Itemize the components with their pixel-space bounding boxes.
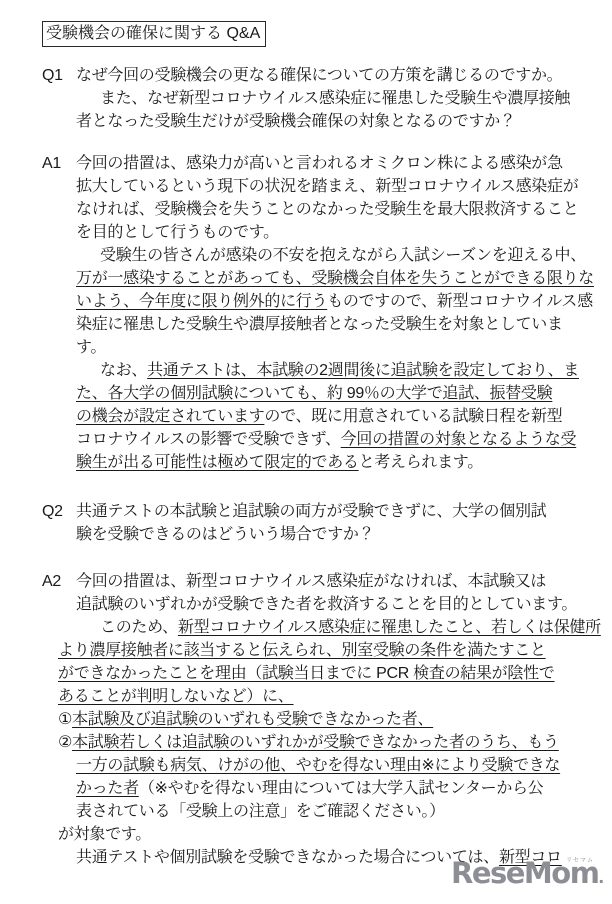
- qa-text-underlined: 本試験及び追試験のいずれも受験できなかった者、: [72, 711, 433, 728]
- qa-text: 受験生の皆さんが感染の不安を抱えながら入試シーズンを迎える中、: [100, 247, 586, 264]
- qa-section-q1: Q1なぜ今回の受験機会の更なる確保についての方策を講じるのですか。また、なぜ新型…: [42, 64, 584, 133]
- qa-text-underlined: あることが判明しないなど）に、: [58, 688, 294, 705]
- qa-text: コロナウイルスの影響で受験できず、: [76, 431, 341, 448]
- qa-text: ものですので、新型コロナウイルス感: [327, 293, 593, 310]
- qa-text-underlined: いよう、今年度に限り例外的に行う: [76, 293, 327, 310]
- qa-line: A1今回の措置は、感染力が高いと言われるオミクロン株による感染が急: [42, 152, 584, 175]
- qa-text: 追試験のいずれかが受験できた者を救済することを目的としています。: [76, 596, 577, 613]
- qa-text: 表されている「受験上の注意」をご確認ください。）: [76, 803, 445, 820]
- qa-text-underlined: 本試験若しくは追試験のいずれかが受験できなかった者のうち、もう: [72, 734, 559, 751]
- qa-section-a2: A2今回の措置は、新型コロナウイルス感染症がなければ、本試験又は追試験のいずれか…: [42, 570, 584, 869]
- qa-text: 今回の措置は、感染力が高いと言われるオミクロン株による感染が急: [76, 152, 563, 175]
- qa-text-underlined: かった者: [76, 780, 139, 797]
- qa-text: 今回の措置は、新型コロナウイルス感染症がなければ、本試験又は: [76, 570, 546, 593]
- resemom-logo-period: .: [598, 866, 604, 888]
- qa-text-underlined: の機会が設定されています: [76, 408, 264, 425]
- qa-text: 験を受験できるのはどういう場合ですか？: [76, 526, 374, 543]
- qa-line: また、なぜ新型コロナウイルス感染症に罹患した受験生や濃厚接触: [42, 87, 584, 110]
- qa-text: す。: [76, 339, 106, 356]
- qa-section-q2: Q2共通テストの本試験と追試験の両方が受験できずに、大学の個別試験を受験できるの…: [42, 500, 584, 546]
- qa-line: なければ、受験機会を失うことのなかった受験生を最大限救済すること: [42, 198, 584, 221]
- qa-text: と考えられます。: [359, 454, 483, 471]
- qa-text-underlined: ができなかったことを理由（試験当日までに PCR 検査の結果が陰性で: [58, 665, 554, 682]
- document-title: 受験機会の確保に関する Q&A: [42, 21, 266, 47]
- resemom-logo-inner: リセマムReseMom.: [451, 856, 604, 890]
- qa-line: 表されている「受験上の注意」をご確認ください。）: [42, 800, 584, 823]
- qa-text-underlined: 一方の試験も病気、けがの他、やむを得ない理由※により受験できな: [76, 757, 560, 774]
- qa-text-underlined: 新型コロナウイルス感染症に罹患したこと、若しくは保健所: [178, 619, 601, 636]
- qa-label-a2: A2: [42, 570, 76, 593]
- qa-text-underlined: 今回の措置の対象となるような受: [341, 431, 577, 448]
- qa-text: を目的として行うものです。: [76, 224, 279, 241]
- qa-line: Q2共通テストの本試験と追試験の両方が受験できずに、大学の個別試: [42, 500, 584, 523]
- qa-line: 染症に罹患した受験生や濃厚接触者となった受験生を対象としていま: [42, 313, 584, 336]
- qa-line: ができなかったことを理由（試験当日までに PCR 検査の結果が陰性で: [42, 662, 584, 685]
- qa-line: ②本試験若しくは追試験のいずれかが受験できなかった者のうち、もう: [42, 731, 584, 754]
- qa-text-underlined: た、各大学の個別試験についても、約 99％の大学で追試、振替受験: [76, 385, 552, 402]
- qa-line: 験を受験できるのはどういう場合ですか？: [42, 523, 584, 546]
- qa-line: Q1なぜ今回の受験機会の更なる確保についての方策を講じるのですか。: [42, 64, 584, 87]
- qa-text: 染症に罹患した受験生や濃厚接触者となった受験生を対象としていま: [76, 316, 563, 333]
- qa-text-underlined: より濃厚接触者に該当すると伝えられ、別室受験の条件を満たすこと: [58, 642, 546, 659]
- qa-label-a1: A1: [42, 152, 76, 175]
- qa-line: 一方の試験も病気、けがの他、やむを得ない理由※により受験できな: [42, 754, 584, 777]
- document-body: Q1なぜ今回の受験機会の更なる確保についての方策を講じるのですか。また、なぜ新型…: [42, 64, 584, 869]
- qa-text: （※やむを得ない理由については大学入試センターから公: [139, 780, 544, 797]
- qa-line: 験生が出る可能性は極めて限定的であると考えられます。: [42, 451, 584, 474]
- qa-label-q2: Q2: [42, 500, 76, 523]
- qa-text: なお、: [100, 362, 147, 379]
- qa-text: ①: [58, 711, 72, 728]
- qa-line: 者となった受験生だけが受験機会確保の対象となるのですか？: [42, 110, 584, 133]
- qa-text: 者となった受験生だけが受験機会確保の対象となるのですか？: [76, 113, 516, 130]
- qa-line: 拡大しているという現下の状況を踏まえ、新型コロナウイルス感染症が: [42, 175, 584, 198]
- qa-text: また、なぜ新型コロナウイルス感染症に罹患した受験生や濃厚接触: [100, 90, 570, 107]
- qa-line: より濃厚接触者に該当すると伝えられ、別室受験の条件を満たすこと: [42, 639, 584, 662]
- qa-text: なければ、受験機会を失うことのなかった受験生を最大限救済すること: [76, 201, 578, 218]
- qa-text-underlined: 共通テストは、本試験の2週間後に追試験を設定しており、ま: [147, 362, 579, 379]
- qa-text-underlined: 験生が出る可能性は極めて限定的である: [76, 454, 359, 471]
- qa-line: このため、新型コロナウイルス感染症に罹患したこと、若しくは保健所: [42, 616, 584, 639]
- qa-line: 追試験のいずれかが受験できた者を救済することを目的としています。: [42, 593, 584, 616]
- qa-text: ので、既に用意されている試験日程を新型: [264, 408, 562, 425]
- qa-label-q1: Q1: [42, 64, 76, 87]
- resemom-logo: リセマムReseMom.: [451, 856, 604, 890]
- qa-line: あることが判明しないなど）に、: [42, 685, 584, 708]
- document-page: 受験機会の確保に関する Q&A Q1なぜ今回の受験機会の更なる確保についての方策…: [0, 0, 612, 904]
- qa-text: 共通テストの本試験と追試験の両方が受験できずに、大学の個別試: [76, 500, 546, 523]
- qa-text: 拡大しているという現下の状況を踏まえ、新型コロナウイルス感染症が: [76, 178, 578, 195]
- qa-text: 共通テストや個別試験を受験できなかった場合については、: [76, 849, 499, 866]
- qa-line: 受験生の皆さんが感染の不安を抱えながら入試シーズンを迎える中、: [42, 244, 584, 267]
- qa-line: の機会が設定されていますので、既に用意されている試験日程を新型: [42, 405, 584, 428]
- qa-text: なぜ今回の受験機会の更なる確保についての方策を講じるのですか。: [76, 64, 562, 87]
- qa-line: た、各大学の個別試験についても、約 99％の大学で追試、振替受験: [42, 382, 584, 405]
- qa-line: かった者（※やむを得ない理由については大学入試センターから公: [42, 777, 584, 800]
- qa-line: 万が一感染することがあっても、受験機会自体を失うことができる限りな: [42, 267, 584, 290]
- page-root: { "page": { "title_box": "受験機会の確保に関する Q&…: [0, 0, 612, 904]
- qa-text: このため、: [100, 619, 178, 636]
- qa-text-underlined: 万が一感染することがあっても、受験機会自体を失うことができる限りな: [76, 270, 594, 287]
- qa-line: いよう、今年度に限り例外的に行うものですので、新型コロナウイルス感: [42, 290, 584, 313]
- qa-section-a1: A1今回の措置は、感染力が高いと言われるオミクロン株による感染が急拡大していると…: [42, 152, 584, 474]
- qa-line: A2今回の措置は、新型コロナウイルス感染症がなければ、本試験又は: [42, 570, 584, 593]
- qa-text: が対象です。: [58, 826, 151, 843]
- qa-text: ②: [58, 734, 72, 751]
- qa-line: コロナウイルスの影響で受験できず、今回の措置の対象となるような受: [42, 428, 584, 451]
- qa-line: ①本試験及び追試験のいずれも受験できなかった者、: [42, 708, 584, 731]
- resemom-logo-ruby: リセマム: [566, 855, 594, 864]
- qa-line: なお、共通テストは、本試験の2週間後に追試験を設定しており、ま: [42, 359, 584, 382]
- qa-line: を目的として行うものです。: [42, 221, 584, 244]
- qa-line: す。: [42, 336, 584, 359]
- qa-line: が対象です。: [42, 823, 584, 846]
